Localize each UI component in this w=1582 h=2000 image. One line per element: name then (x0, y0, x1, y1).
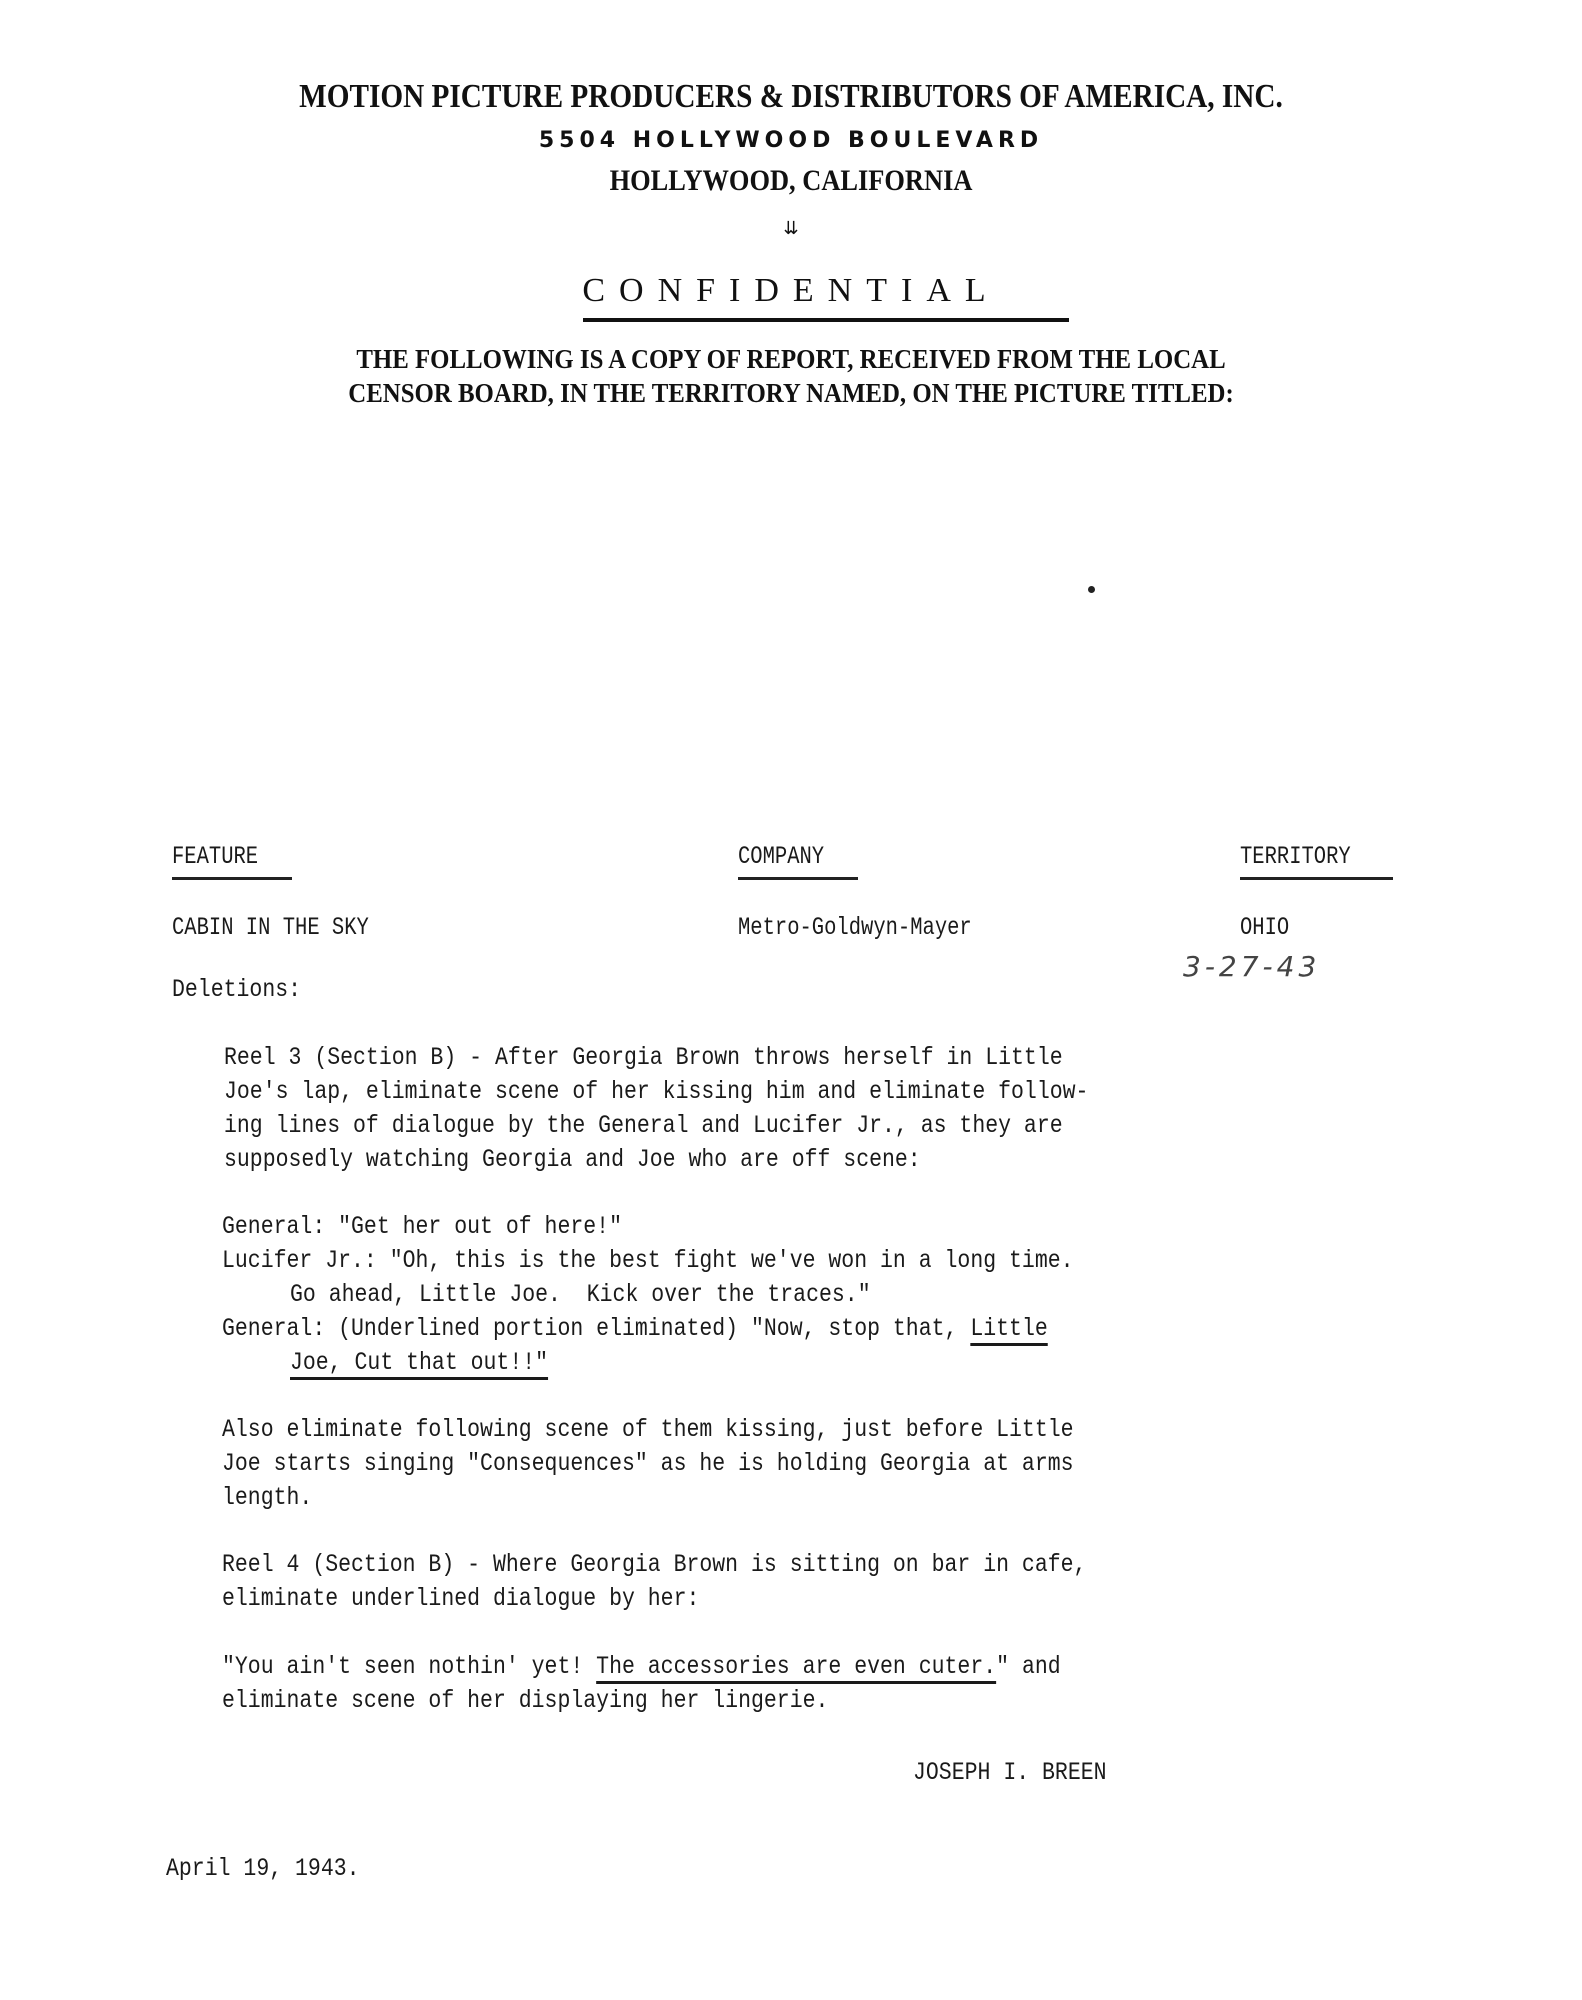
also-line: Joe starts singing "Consequences" as he … (222, 1449, 1074, 1478)
feature-label-underline (172, 877, 292, 880)
eliminated-portion: Joe, Cut that out!!" (290, 1348, 548, 1377)
paper-speck (1088, 586, 1095, 593)
deletions-heading: Deletions: (172, 975, 301, 1004)
company-value: Metro-Goldwyn-Mayer (738, 913, 972, 942)
organization-name: MOTION PICTURE PRODUCERS & DISTRIBUTORS … (111, 78, 1472, 116)
quote-line-1: "You ain't seen nothin' yet! The accesso… (222, 1652, 1061, 1681)
dialogue-lucifer-1: Lucifer Jr.: "Oh, this is the best fight… (222, 1246, 1074, 1275)
handwritten-date: 3-27-43 (1183, 950, 1320, 983)
reel3-line: ing lines of dialogue by the General and… (224, 1111, 1063, 1140)
quote-pre: "You ain't seen nothin' yet! (222, 1652, 596, 1681)
letter-date: April 19, 1943. (166, 1854, 360, 1883)
double-chevron-down-icon: ⇊ (0, 218, 1582, 239)
territory-value: OHIO (1240, 913, 1289, 942)
signature: JOSEPH I. BREEN (913, 1758, 1107, 1787)
eliminated-portion: Little (970, 1314, 1047, 1343)
confidential-heading: CONFIDENTIAL (0, 272, 1582, 310)
reel3-line: supposedly watching Georgia and Joe who … (224, 1145, 921, 1174)
quote-post: " and (996, 1652, 1061, 1681)
feature-value: CABIN IN THE SKY (172, 913, 369, 942)
also-line: Also eliminate following scene of them k… (222, 1415, 1074, 1444)
dialogue-general-1: General: "Get her out of here!" (222, 1212, 622, 1241)
intro-line-2: CENSOR BOARD, IN THE TERRITORY NAMED, ON… (63, 378, 1518, 409)
reel4-line: Reel 4 (Section B) - Where Georgia Brown… (222, 1550, 1086, 1579)
dialogue-general-2-text: General: (Underlined portion eliminated)… (222, 1314, 970, 1343)
dialogue-general-2: General: (Underlined portion eliminated)… (222, 1314, 1048, 1343)
quote-line-2: eliminate scene of her displaying her li… (222, 1686, 828, 1715)
intro-line-1: THE FOLLOWING IS A COPY OF REPORT, RECEI… (63, 344, 1518, 375)
reel3-line: Reel 3 (Section B) - After Georgia Brown… (224, 1043, 1063, 1072)
dialogue-general-3: Joe, Cut that out!!" (290, 1348, 548, 1377)
organization-address: 5504 HOLLYWOOD BOULEVARD (0, 128, 1582, 153)
territory-label: TERRITORY (1240, 842, 1351, 871)
territory-label-underline (1240, 877, 1393, 880)
company-label-underline (738, 877, 858, 880)
organization-city: HOLLYWOOD, CALIFORNIA (95, 164, 1487, 198)
company-label: COMPANY (738, 842, 824, 871)
also-line: length. (222, 1483, 312, 1512)
confidential-underline (583, 318, 1069, 322)
feature-label: FEATURE (172, 842, 258, 871)
reel4-line: eliminate underlined dialogue by her: (222, 1584, 699, 1613)
eliminated-portion: The accessories are even cuter. (596, 1652, 996, 1681)
dialogue-lucifer-2: Go ahead, Little Joe. Kick over the trac… (290, 1280, 871, 1309)
reel3-line: Joe's lap, eliminate scene of her kissin… (224, 1077, 1088, 1106)
